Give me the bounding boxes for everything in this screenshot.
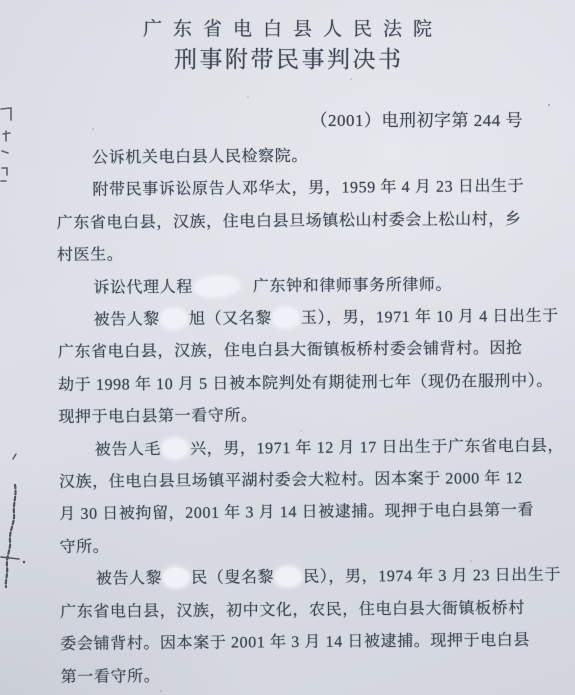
scan-speck xyxy=(92,128,94,130)
scan-speck xyxy=(530,320,532,322)
text-segment: 公诉机关电白县人民检察院。 xyxy=(92,148,308,167)
text-segment: 广东省电白县，汉族，住电白县大衙镇板桥村委会铺背村。因抢 xyxy=(58,340,523,361)
text-segment: 现押于电白县第一看守所。 xyxy=(58,408,257,427)
text-segment: 被告人黎 xyxy=(93,311,160,329)
court-name: 广东省电白县人民法院 xyxy=(0,14,575,41)
text-line: 广东省电白县，汉族，初中文化，农民，住电白县大衙镇板桥村 xyxy=(60,593,530,630)
text-line: 现押于电白县第一看守所。 xyxy=(58,398,528,435)
text-line: 公诉机关电白县人民检察院。 xyxy=(56,139,526,176)
scan-speck xyxy=(300,430,302,432)
text-segment: 委会铺背村。因本案于 2001 年 3 月 14 日被逮捕。现押于电白县 xyxy=(60,632,530,653)
text-segment: 月 30 日被拘留，2001 年 3 月 14 日被逮捕。现押于电白县第一看 xyxy=(59,502,534,523)
text-line: 汉族，住电白县旦场镇平湖村委会大粒村。因本案于 2000 年 12 xyxy=(59,463,529,500)
text-line: 月 30 日被拘留，2001 年 3 月 14 日被逮捕。现押于电白县第一看 xyxy=(59,495,529,532)
scan-speck xyxy=(470,560,472,562)
text-line: 附带民事诉讼原告人邓华太，男，1959 年 4 月 23 日出生于 xyxy=(56,171,526,208)
text-line: 守所。 xyxy=(59,528,529,565)
text-segment: 旭（又名黎 xyxy=(189,310,272,328)
text-line: 第一看守所。 xyxy=(61,657,531,694)
text-segment: 汉族，住电白县旦场镇平湖村委会大粒村。因本案于 2000 年 12 xyxy=(59,470,523,491)
text-line: 劫于 1998 年 10 月 5 日被本院判处有期徒刑七年（现仍在服刑中）。 xyxy=(58,366,528,403)
margin-scribble-icon xyxy=(0,445,34,593)
margin-scribble-icon xyxy=(0,105,22,189)
text-line: 广东省电白县，汉族，住电白县旦场镇松山村委会上松山村，乡 xyxy=(57,204,527,241)
redaction-blob xyxy=(162,309,187,328)
text-segment: 第一看守所。 xyxy=(61,668,161,686)
redaction-blob xyxy=(163,439,188,458)
text-line: 村医生。 xyxy=(57,236,527,273)
scan-speck xyxy=(160,690,162,692)
text-segment: 广东省电白县，汉族，初中文化，农民，住电白县大衙镇板桥村 xyxy=(60,600,525,621)
text-line: 被告人黎民（叟名黎民），男，1974 年 3 月 23 日出生于 xyxy=(60,560,530,597)
document-content: 广东省电白县人民法院 刑事附带民事判决书 （2001）电刑初字第 244 号 公… xyxy=(0,0,575,695)
text-segment: 劫于 1998 年 10 月 5 日被本院判处有期徒刑七年（现仍在服刑中）。 xyxy=(58,373,553,394)
text-line: 诉讼代理人程广东钟和律师事务所律师。 xyxy=(57,269,527,306)
text-segment: 广东省电白县，汉族，住电白县旦场镇松山村委会上松山村，乡 xyxy=(57,211,522,232)
text-line: 广东省电白县，汉族，住电白县大衙镇板桥村委会铺背村。因抢 xyxy=(58,333,528,370)
redaction-blob xyxy=(276,567,301,586)
text-segment: 民），男，1974 年 3 月 23 日出生于 xyxy=(303,567,561,586)
text-segment: 民（叟名黎 xyxy=(191,569,274,587)
text-segment: 村医生。 xyxy=(57,247,124,265)
document-lines: 公诉机关电白县人民检察院。附带民事诉讼原告人邓华太，男，1959 年 4 月 2… xyxy=(56,139,531,694)
redaction-blob xyxy=(164,568,189,587)
document-title: 刑事附带民事判决书 xyxy=(0,41,575,74)
text-line: 被告人黎旭（又名黎玉），男，1971 年 10 月 4 日出生于 xyxy=(57,301,527,338)
text-segment: 被告人黎 xyxy=(96,570,163,588)
text-segment: 兴，男，1971 年 12 月 17 日出生于广东省电白县， xyxy=(190,437,564,457)
text-segment: 被告人毛 xyxy=(95,441,162,459)
scan-speck xyxy=(548,104,550,106)
text-segment: 玉），男，1971 年 10 月 4 日出生于 xyxy=(301,308,559,327)
scanned-judgment-page: 广东省电白县人民法院 刑事附带民事判决书 （2001）电刑初字第 244 号 公… xyxy=(0,0,575,695)
scan-speck xyxy=(247,96,249,98)
text-segment: 广东钟和律师事务所律师。 xyxy=(253,276,452,295)
text-line: 被告人毛兴，男，1971 年 12 月 17 日出生于广东省电白县， xyxy=(59,431,529,468)
text-line: 委会铺背村。因本案于 2001 年 3 月 14 日被逮捕。现押于电白县 xyxy=(60,625,530,662)
text-segment: 守所。 xyxy=(59,538,109,555)
redaction-blob xyxy=(194,275,239,297)
case-number: （2001）电刑初字第 244 号 xyxy=(311,106,524,131)
text-segment: 诉讼代理人程 xyxy=(93,278,193,296)
scan-speck xyxy=(350,78,352,80)
redaction-blob xyxy=(274,308,299,327)
text-segment: 附带民事诉讼原告人邓华太，男，1959 年 4 月 23 日出生于 xyxy=(92,178,524,199)
